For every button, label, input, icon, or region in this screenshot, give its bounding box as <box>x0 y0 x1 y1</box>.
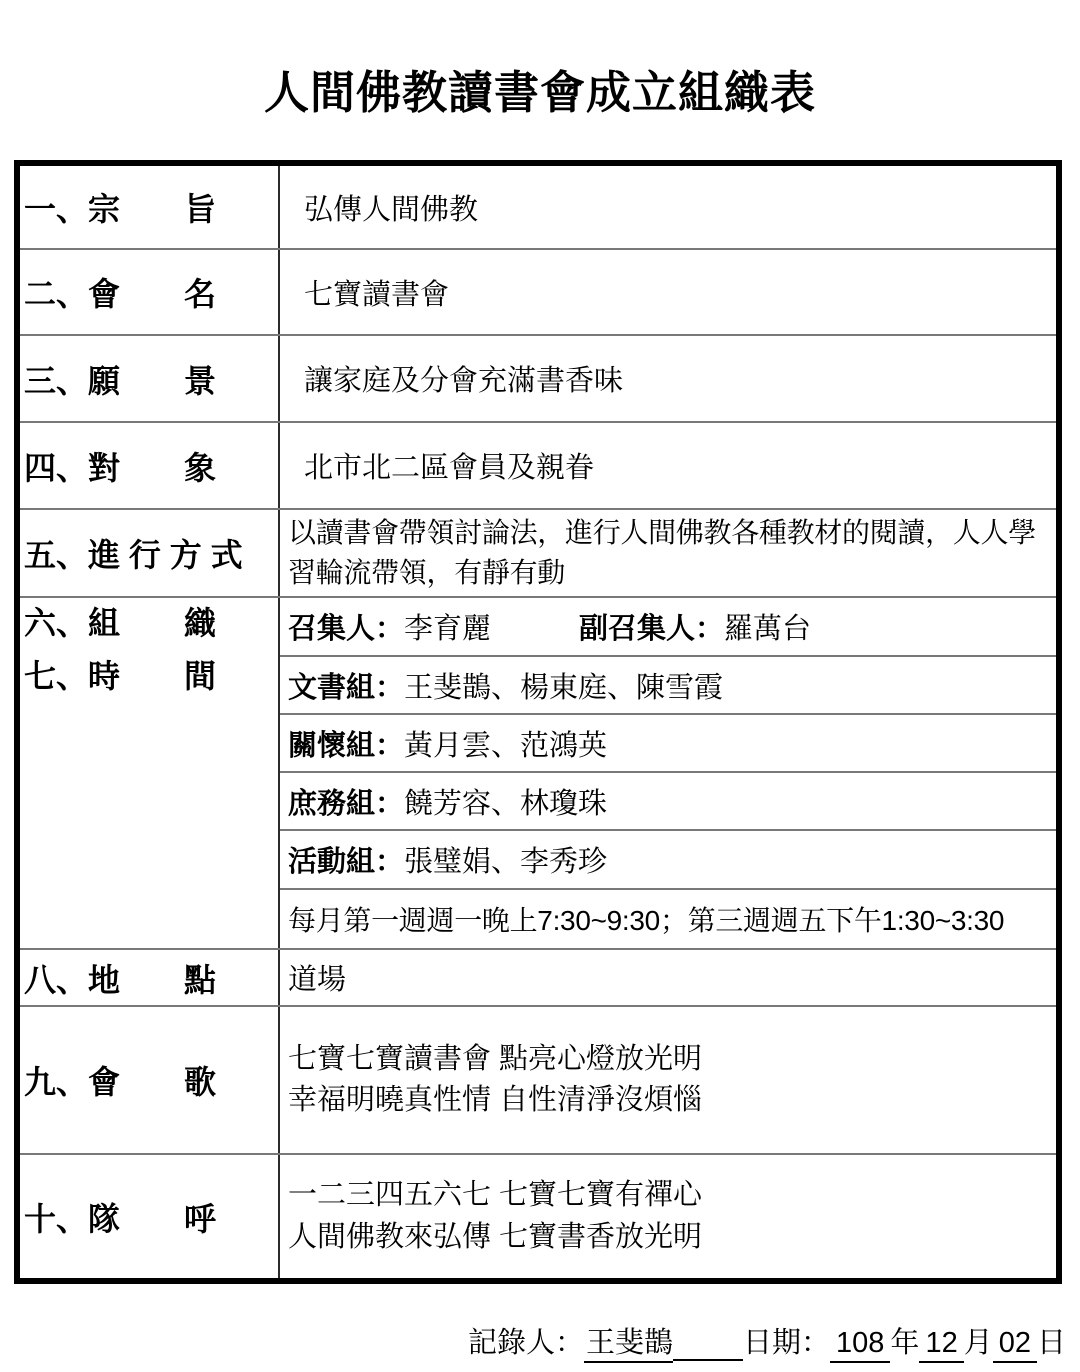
row-content-location: 道場 <box>279 949 1059 1006</box>
method-line-2: 習輪流帶領，有靜有動 <box>288 553 1056 593</box>
row-content-purpose: 弘傳人間佛教 <box>279 163 1059 249</box>
row-content-method: 以讀書會帶領討論法，進行人間佛教各種教材的閱讀，人人學 習輪流帶領，有靜有動 <box>279 509 1059 597</box>
deputy-convener-name: 羅萬台 <box>724 613 811 645</box>
organization-table: 一、宗 旨 弘傳人間佛教 二、會 名 七寶讀書會 三、願 景 讓家庭及分會充滿書… <box>14 160 1062 1284</box>
date-label: 日期： <box>743 1327 830 1359</box>
row-label-organization: 六、組 織 <box>20 598 278 644</box>
convener-label: 召集人： <box>288 613 404 645</box>
care-group-names: 黃月雲、范鴻英 <box>404 730 607 762</box>
row-content-song: 七寶七寶讀書會 點亮心燈放光明 幸福明曉真性情 自性清淨沒煩惱 <box>279 1006 1059 1154</box>
row-label-method: 五、進 行 方 式 <box>17 509 279 597</box>
row-content-care: 關懷組：黃月雲、范鴻英 <box>279 714 1059 772</box>
table-row-vision: 三、願 景 讓家庭及分會充滿書香味 <box>17 335 1059 422</box>
row-content-target: 北市北二區會員及親眷 <box>279 422 1059 509</box>
affairs-group-label: 庶務組： <box>288 788 404 820</box>
song-line-2: 幸福明曉真性情 自性清淨沒煩惱 <box>288 1080 1056 1121</box>
date-day-unit: 日 <box>1037 1327 1066 1359</box>
table-row-chant: 十、隊 呼 一二三四五六七 七寶七寶有禪心 人間佛教來弘傳 七寶書香放光明 <box>17 1154 1059 1281</box>
table-row-target: 四、對 象 北市北二區會員及親眷 <box>17 422 1059 509</box>
row-label-location: 八、地 點 <box>17 949 279 1006</box>
footer-signature-line: 記錄人：王斐鵲日期：108年12月02日 <box>0 1320 1066 1361</box>
document-page: 人間佛教讀書會成立組織表 一、宗 旨 弘傳人間佛教 二、會 名 七寶讀書會 三、… <box>0 0 1080 1372</box>
chant-line-2: 人間佛教來弘傳 七寶書香放光明 <box>288 1217 1056 1258</box>
recorder-blank-underline <box>673 1329 743 1361</box>
row-content-activity: 活動組：張璧娟、李秀珍 <box>279 830 1059 889</box>
row-label-song: 九、會 歌 <box>17 1006 279 1154</box>
activity-group-names: 張璧娟、李秀珍 <box>404 846 607 878</box>
table-row-song: 九、會 歌 七寶七寶讀書會 點亮心燈放光明 幸福明曉真性情 自性清淨沒煩惱 <box>17 1006 1059 1154</box>
date-month-value: 12 <box>919 1327 963 1363</box>
page-title: 人間佛教讀書會成立組織表 <box>0 56 1080 121</box>
date-year-value: 108 <box>830 1327 890 1363</box>
method-line-1: 以讀書會帶領討論法，進行人間佛教各種教材的閱讀，人人學 <box>288 513 1056 553</box>
row-content-vision: 讓家庭及分會充滿書香味 <box>279 335 1059 422</box>
row-label-vision: 三、願 景 <box>17 335 279 422</box>
table-row-method: 五、進 行 方 式 以讀書會帶領討論法，進行人間佛教各種教材的閱讀，人人學 習輪… <box>17 509 1059 597</box>
row-label-target: 四、對 象 <box>17 422 279 509</box>
table-row-name: 二、會 名 七寶讀書會 <box>17 249 1059 335</box>
recorder-label: 記錄人： <box>468 1327 584 1359</box>
merged-label-org-time: 六、組 織 七、時 間 <box>17 597 279 949</box>
recorder-name: 王斐鵲 <box>584 1327 673 1363</box>
table-row-location: 八、地 點 道場 <box>17 949 1059 1006</box>
date-year-unit: 年 <box>890 1327 919 1359</box>
care-group-label: 關懷組： <box>288 730 404 762</box>
row-content-affairs: 庶務組：饒芳容、林瓊珠 <box>279 772 1059 830</box>
row-label-name: 二、會 名 <box>17 249 279 335</box>
documents-group-label: 文書組： <box>288 672 404 704</box>
row-content-convener: 召集人：李育麗副召集人：羅萬台 <box>279 597 1059 656</box>
activity-group-label: 活動組： <box>288 846 404 878</box>
affairs-group-names: 饒芳容、林瓊珠 <box>404 788 607 820</box>
date-month-unit: 月 <box>964 1327 993 1359</box>
date-day-value: 02 <box>993 1327 1037 1363</box>
row-label-time: 七、時 間 <box>20 644 278 704</box>
documents-group-names: 王斐鵲、楊東庭、陳雪霞 <box>404 672 723 704</box>
table-row-org-convener: 六、組 織 七、時 間 召集人：李育麗副召集人：羅萬台 <box>17 597 1059 656</box>
row-label-purpose: 一、宗 旨 <box>17 163 279 249</box>
row-content-documents: 文書組：王斐鵲、楊東庭、陳雪霞 <box>279 656 1059 714</box>
convener-name: 李育麗 <box>404 613 491 645</box>
chant-line-1: 一二三四五六七 七寶七寶有禪心 <box>288 1175 1056 1216</box>
row-content-time: 每月第一週週一晚上7:30~9:30；第三週週五下午1:30~3:30 <box>279 889 1059 949</box>
row-content-chant: 一二三四五六七 七寶七寶有禪心 人間佛教來弘傳 七寶書香放光明 <box>279 1154 1059 1281</box>
song-line-1: 七寶七寶讀書會 點亮心燈放光明 <box>288 1039 1056 1080</box>
row-content-name: 七寶讀書會 <box>279 249 1059 335</box>
row-label-chant: 十、隊 呼 <box>17 1154 279 1281</box>
table-row-purpose: 一、宗 旨 弘傳人間佛教 <box>17 163 1059 249</box>
deputy-convener-label: 副召集人： <box>579 613 724 645</box>
